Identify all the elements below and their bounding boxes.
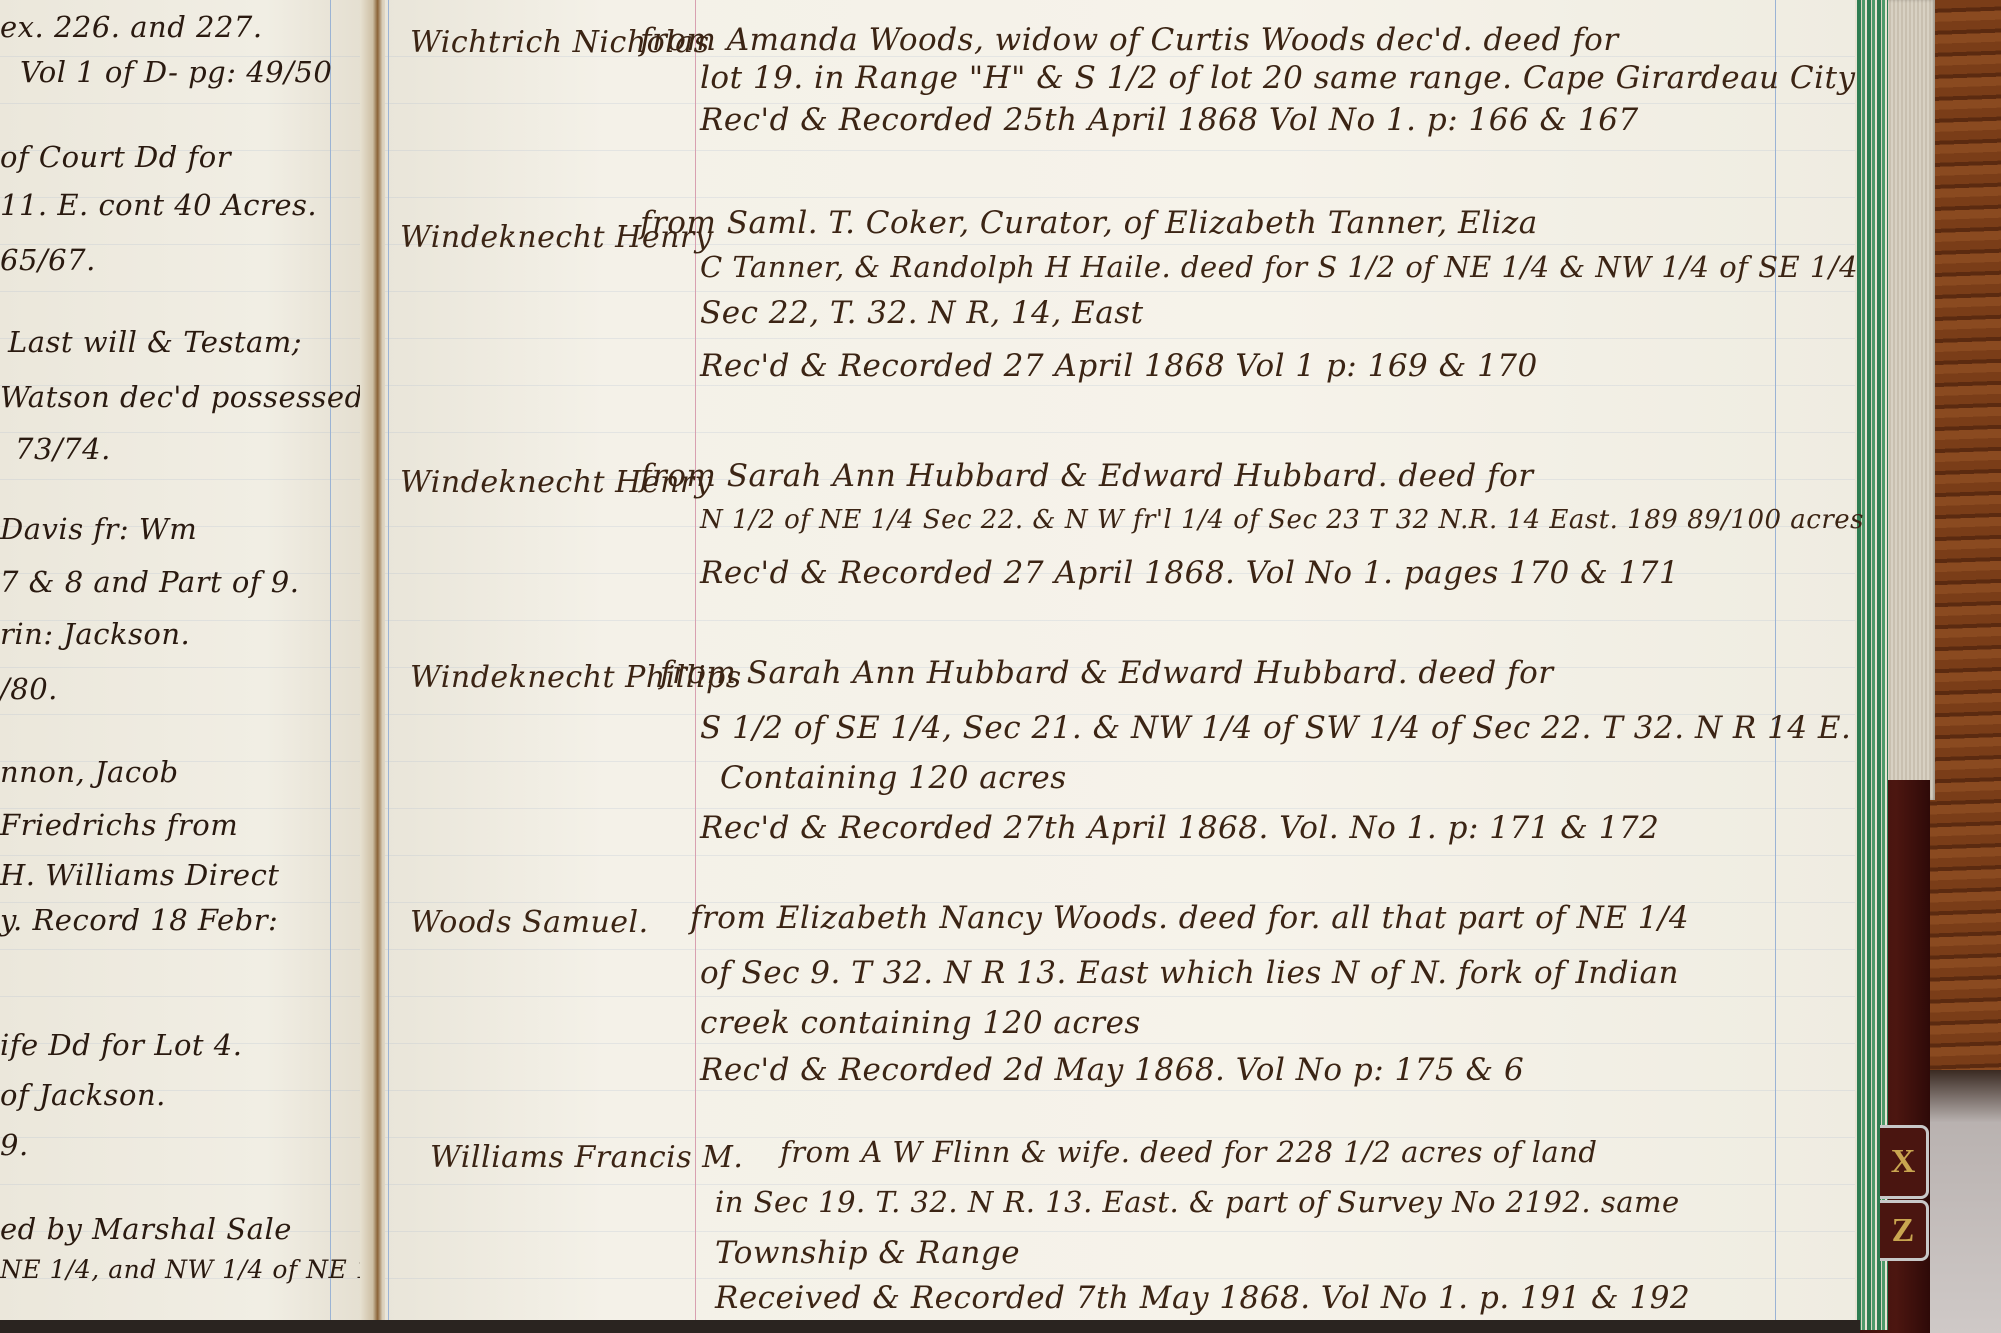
right-blue-rule	[1775, 0, 1776, 1325]
page-bottom-shadow	[0, 1320, 1860, 1333]
entry-line: lot 19. in Range "H" & S 1/2 of lot 20 s…	[700, 60, 1855, 96]
index-tab-z[interactable]: Z	[1880, 1200, 1929, 1261]
entry-line: from Saml. T. Coker, Curator, of Elizabe…	[640, 205, 1538, 241]
entry-line: Containing 120 acres	[720, 760, 1067, 796]
entry-line: Received & Recorded 7th May 1868. Vol No…	[715, 1280, 1690, 1316]
left-fragment: ed by Marshal Sale	[0, 1212, 292, 1246]
wooden-desk	[1930, 0, 2001, 1070]
left-fragment: rin: Jackson.	[0, 617, 190, 651]
entry-line: from Elizabeth Nancy Woods. deed for. al…	[690, 900, 1689, 936]
entry-line: from Sarah Ann Hubbard & Edward Hubbard.…	[660, 655, 1554, 691]
ledger-photo: ex. 226. and 227. Vol 1 of D- pg: 49/50 …	[0, 0, 2001, 1333]
entry-line: Sec 22, T. 32. N R, 14, East	[700, 295, 1144, 331]
background-floor	[1930, 1070, 2001, 1333]
left-fragment: Friedrichs from	[0, 808, 238, 842]
entry-line: from Sarah Ann Hubbard & Edward Hubbard.…	[640, 458, 1534, 494]
left-fragment: /80.	[0, 672, 58, 706]
left-fragment: y. Record 18 Febr:	[0, 903, 278, 937]
left-fragment: Last will & Testam;	[8, 325, 302, 359]
entry-line: Township & Range	[715, 1235, 1020, 1271]
left-fragment: of Court Dd for	[0, 140, 231, 174]
entry-line: Rec'd & Recorded 27th April 1868. Vol. N…	[700, 810, 1659, 846]
left-fragment: 73/74.	[15, 432, 111, 466]
left-fragment: 11. E. cont 40 Acres.	[0, 188, 317, 222]
left-margin-rule	[330, 0, 331, 1325]
left-fragment: ife Dd for Lot 4.	[0, 1028, 242, 1062]
left-fragment: 65/67.	[0, 243, 96, 277]
entry-line: Rec'd & Recorded 25th April 1868 Vol No …	[700, 102, 1639, 138]
entry-line: Rec'd & Recorded 2d May 1868. Vol No p: …	[700, 1052, 1524, 1088]
left-fragment: Vol 1 of D- pg: 49/50	[20, 55, 332, 89]
index-tab-x[interactable]: X	[1880, 1125, 1929, 1199]
entry-name: Woods Samuel.	[410, 905, 649, 940]
left-page: ex. 226. and 227. Vol 1 of D- pg: 49/50 …	[0, 0, 380, 1325]
entry-name: Williams Francis M.	[430, 1140, 743, 1175]
left-blue-rule	[388, 0, 389, 1325]
entry-line: S 1/2 of SE 1/4, Sec 21. & NW 1/4 of SW …	[700, 710, 1851, 746]
left-fragment: 9.	[0, 1128, 29, 1162]
entry-line: C Tanner, & Randolph H Haile. deed for S…	[700, 250, 1858, 284]
left-fragment: nnon, Jacob	[0, 755, 179, 789]
entry-line: N 1/2 of NE 1/4 Sec 22. & N W fr'l 1/4 o…	[700, 505, 1864, 535]
left-fragment: ex. 226. and 227.	[0, 10, 263, 44]
left-fragment: H. Williams Direct	[0, 858, 279, 892]
entry-line: Rec'd & Recorded 27 April 1868. Vol No 1…	[700, 555, 1679, 591]
left-fragment: of Jackson.	[0, 1078, 166, 1112]
entry-line: from Amanda Woods, widow of Curtis Woods…	[640, 22, 1619, 58]
left-fragment: 7 & 8 and Part of 9.	[0, 565, 299, 599]
cloth-spine	[1887, 0, 1935, 800]
entry-line: from A W Flinn & wife. deed for 228 1/2 …	[780, 1135, 1597, 1169]
left-fragment: Davis fr: Wm	[0, 512, 197, 546]
entry-line: of Sec 9. T 32. N R 13. East which lies …	[700, 955, 1679, 991]
left-fragment: NE 1/4, and NW 1/4 of NE 1/4	[0, 1255, 397, 1284]
entry-line: in Sec 19. T. 32. N R. 13. East. & part …	[715, 1185, 1680, 1219]
entry-line: Rec'd & Recorded 27 April 1868 Vol 1 p: …	[700, 348, 1538, 384]
left-fragment: Watson dec'd possessed.	[0, 380, 373, 414]
entry-line: creek containing 120 acres	[700, 1005, 1141, 1041]
